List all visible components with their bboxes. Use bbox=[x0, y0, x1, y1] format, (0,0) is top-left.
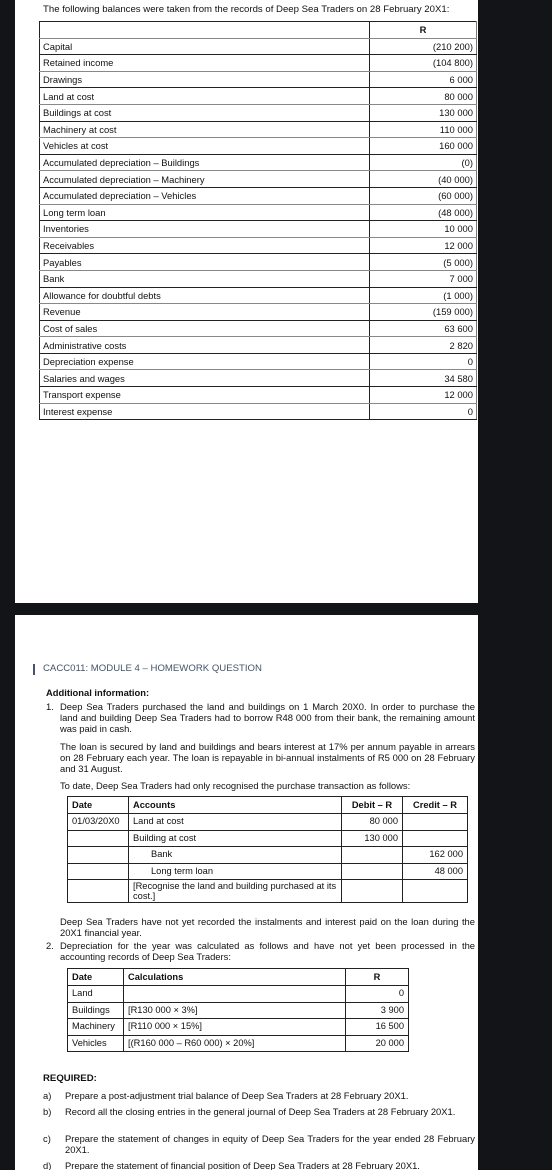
header-accent-bar bbox=[33, 664, 35, 675]
account-name: Bank bbox=[40, 270, 370, 287]
depr-calculation: [R110 000 × 15%] bbox=[124, 1019, 346, 1036]
account-amount: 12 000 bbox=[370, 237, 477, 254]
document-page-1: The following balances were taken from t… bbox=[15, 0, 478, 603]
journal-account: Long term loan bbox=[129, 863, 342, 880]
table-row: Depreciation expense0 bbox=[40, 353, 477, 370]
table-row: Accumulated depreciation – Buildings(0) bbox=[40, 154, 477, 171]
item-1-para-3: To date, Deep Sea Traders had only recog… bbox=[60, 780, 475, 791]
account-amount: 10 000 bbox=[370, 221, 477, 238]
account-amount: 2 820 bbox=[370, 337, 477, 354]
journal-account: Building at cost bbox=[129, 830, 342, 847]
balances-table: R Capital(210 200)Retained income(104 80… bbox=[39, 21, 477, 420]
account-name: Machinery at cost bbox=[40, 121, 370, 138]
depreciation-row: Buildings[R130 000 × 3%]3 900 bbox=[68, 1002, 409, 1019]
table-row: Interest expense0 bbox=[40, 403, 477, 420]
journal-row: Long term loan48 000 bbox=[68, 863, 468, 880]
journal-debit bbox=[342, 847, 403, 864]
journal-header-accounts: Accounts bbox=[129, 797, 342, 814]
journal-row: Building at cost130 000 bbox=[68, 830, 468, 847]
table-row: Retained income(104 800) bbox=[40, 55, 477, 72]
account-amount: 80 000 bbox=[370, 88, 477, 105]
required-item-text: Prepare the statement of changes in equi… bbox=[65, 1133, 475, 1155]
journal-row: [Recognise the land and building purchas… bbox=[68, 880, 468, 903]
account-amount: (48 000) bbox=[370, 204, 477, 221]
account-name: Accumulated depreciation – Machinery bbox=[40, 171, 370, 188]
journal-account: Bank bbox=[129, 847, 342, 864]
item-1-para-4: Deep Sea Traders have not yet recorded t… bbox=[60, 916, 475, 938]
table-row: Accumulated depreciation – Vehicles(60 0… bbox=[40, 187, 477, 204]
account-name: Drawings bbox=[40, 71, 370, 88]
account-name: Cost of sales bbox=[40, 320, 370, 337]
account-name: Receivables bbox=[40, 237, 370, 254]
table-row: Payables(5 000) bbox=[40, 254, 477, 271]
journal-credit: 162 000 bbox=[403, 847, 468, 864]
table-row: Drawings6 000 bbox=[40, 71, 477, 88]
depr-header-calculations: Calculations bbox=[124, 969, 346, 986]
account-amount: (104 800) bbox=[370, 55, 477, 72]
depr-asset: Buildings bbox=[68, 1002, 124, 1019]
table-row: Revenue(159 000) bbox=[40, 304, 477, 321]
depr-amount: 3 900 bbox=[346, 1002, 409, 1019]
account-name: Accumulated depreciation – Vehicles bbox=[40, 187, 370, 204]
item-1-para-1: Deep Sea Traders purchased the land and … bbox=[60, 701, 475, 735]
account-name: Depreciation expense bbox=[40, 353, 370, 370]
required-item-text: Prepare a post-adjustment trial balance … bbox=[65, 1090, 475, 1101]
journal-date: 01/03/20X0 bbox=[68, 814, 129, 831]
table-row: Bank7 000 bbox=[40, 270, 477, 287]
journal-header-credit: Credit – R bbox=[403, 797, 468, 814]
depr-amount: 16 500 bbox=[346, 1019, 409, 1036]
journal-header-debit: Debit – R bbox=[342, 797, 403, 814]
account-name: Buildings at cost bbox=[40, 104, 370, 121]
journal-date bbox=[68, 830, 129, 847]
required-item-label: a) bbox=[43, 1090, 51, 1101]
account-name: Retained income bbox=[40, 55, 370, 72]
account-name: Transport expense bbox=[40, 387, 370, 404]
account-amount: 0 bbox=[370, 353, 477, 370]
journal-row: Bank162 000 bbox=[68, 847, 468, 864]
journal-row: 01/03/20X0Land at cost80 000 bbox=[68, 814, 468, 831]
header-amount: R bbox=[370, 22, 477, 39]
journal-debit: 130 000 bbox=[342, 830, 403, 847]
table-header-row: R bbox=[40, 22, 477, 39]
item-2-para-1: Depreciation for the year was calculated… bbox=[60, 940, 475, 962]
table-row: Transport expense12 000 bbox=[40, 387, 477, 404]
account-amount: 63 600 bbox=[370, 320, 477, 337]
account-name: Vehicles at cost bbox=[40, 138, 370, 155]
required-item-text: Record all the closing entries in the ge… bbox=[65, 1106, 475, 1117]
account-amount: 12 000 bbox=[370, 387, 477, 404]
table-row: Long term loan(48 000) bbox=[40, 204, 477, 221]
account-name: Salaries and wages bbox=[40, 370, 370, 387]
document-page-2: CACC011: MODULE 4 – HOMEWORK QUESTION Ad… bbox=[15, 615, 478, 1170]
journal-debit bbox=[342, 863, 403, 880]
table-row: Inventories10 000 bbox=[40, 221, 477, 238]
table-row: Machinery at cost110 000 bbox=[40, 121, 477, 138]
journal-table: Date Accounts Debit – R Credit – R 01/03… bbox=[67, 796, 468, 903]
account-amount: (1 000) bbox=[370, 287, 477, 304]
table-row: Accumulated depreciation – Machinery(40 … bbox=[40, 171, 477, 188]
journal-header-row: Date Accounts Debit – R Credit – R bbox=[68, 797, 468, 814]
account-name: Capital bbox=[40, 38, 370, 55]
depr-header-amount: R bbox=[346, 969, 409, 986]
item-2-number: 2. bbox=[46, 940, 54, 951]
account-name: Accumulated depreciation – Buildings bbox=[40, 154, 370, 171]
depr-calculation: [(R160 000 – R60 000) × 20%] bbox=[124, 1035, 346, 1052]
account-name: Payables bbox=[40, 254, 370, 271]
depr-asset: Machinery bbox=[68, 1019, 124, 1036]
required-item-label: c) bbox=[43, 1133, 51, 1144]
table-row: Administrative costs2 820 bbox=[40, 337, 477, 354]
account-name: Administrative costs bbox=[40, 337, 370, 354]
account-name: Allowance for doubtful debts bbox=[40, 287, 370, 304]
journal-credit: 48 000 bbox=[403, 863, 468, 880]
table-row: Vehicles at cost160 000 bbox=[40, 138, 477, 155]
running-header: CACC011: MODULE 4 – HOMEWORK QUESTION bbox=[43, 663, 262, 674]
table-row: Land at cost80 000 bbox=[40, 88, 477, 105]
journal-date bbox=[68, 880, 129, 903]
depr-calculation bbox=[124, 986, 346, 1003]
account-amount: 34 580 bbox=[370, 370, 477, 387]
table-row: Capital(210 200) bbox=[40, 38, 477, 55]
journal-header-date: Date bbox=[68, 797, 129, 814]
account-amount: 0 bbox=[370, 403, 477, 420]
depreciation-table: Date Calculations R Land0Buildings[R130 … bbox=[67, 968, 409, 1052]
table-row: Salaries and wages34 580 bbox=[40, 370, 477, 387]
account-name: Long term loan bbox=[40, 204, 370, 221]
journal-debit bbox=[342, 880, 403, 903]
journal-credit bbox=[403, 880, 468, 903]
account-amount: (210 200) bbox=[370, 38, 477, 55]
depreciation-header-row: Date Calculations R bbox=[68, 969, 409, 986]
item-1-number: 1. bbox=[46, 701, 54, 712]
account-amount: (40 000) bbox=[370, 171, 477, 188]
account-amount: 160 000 bbox=[370, 138, 477, 155]
journal-date bbox=[68, 863, 129, 880]
required-title: REQUIRED: bbox=[43, 1073, 97, 1084]
table-row: Allowance for doubtful debts(1 000) bbox=[40, 287, 477, 304]
required-item-label: b) bbox=[43, 1106, 51, 1117]
depreciation-row: Machinery[R110 000 × 15%]16 500 bbox=[68, 1019, 409, 1036]
account-name: Land at cost bbox=[40, 88, 370, 105]
required-item-text: Prepare the statement of financial posit… bbox=[65, 1160, 475, 1170]
additional-info-title: Additional information: bbox=[46, 687, 149, 698]
account-amount: 6 000 bbox=[370, 71, 477, 88]
account-amount: (0) bbox=[370, 154, 477, 171]
depr-asset: Land bbox=[68, 986, 124, 1003]
item-1-para-2: The loan is secured by land and building… bbox=[60, 741, 475, 775]
account-amount: (5 000) bbox=[370, 254, 477, 271]
account-amount: (159 000) bbox=[370, 304, 477, 321]
depr-calculation: [R130 000 × 3%] bbox=[124, 1002, 346, 1019]
journal-account: Land at cost bbox=[129, 814, 342, 831]
journal-debit: 80 000 bbox=[342, 814, 403, 831]
required-item-label: d) bbox=[43, 1160, 51, 1170]
account-amount: (60 000) bbox=[370, 187, 477, 204]
depr-asset: Vehicles bbox=[68, 1035, 124, 1052]
account-amount: 7 000 bbox=[370, 270, 477, 287]
table-row: Receivables12 000 bbox=[40, 237, 477, 254]
intro-text: The following balances were taken from t… bbox=[43, 4, 449, 15]
journal-account: [Recognise the land and building purchas… bbox=[129, 880, 342, 903]
account-name: Interest expense bbox=[40, 403, 370, 420]
depreciation-row: Vehicles[(R160 000 – R60 000) × 20%]20 0… bbox=[68, 1035, 409, 1052]
journal-date bbox=[68, 847, 129, 864]
depreciation-row: Land0 bbox=[68, 986, 409, 1003]
journal-credit bbox=[403, 830, 468, 847]
journal-credit bbox=[403, 814, 468, 831]
account-amount: 130 000 bbox=[370, 104, 477, 121]
table-row: Buildings at cost130 000 bbox=[40, 104, 477, 121]
account-name: Inventories bbox=[40, 221, 370, 238]
table-row: Cost of sales63 600 bbox=[40, 320, 477, 337]
depr-amount: 20 000 bbox=[346, 1035, 409, 1052]
header-account bbox=[40, 22, 370, 39]
account-amount: 110 000 bbox=[370, 121, 477, 138]
depr-header-date: Date bbox=[68, 969, 124, 986]
account-name: Revenue bbox=[40, 304, 370, 321]
depr-amount: 0 bbox=[346, 986, 409, 1003]
